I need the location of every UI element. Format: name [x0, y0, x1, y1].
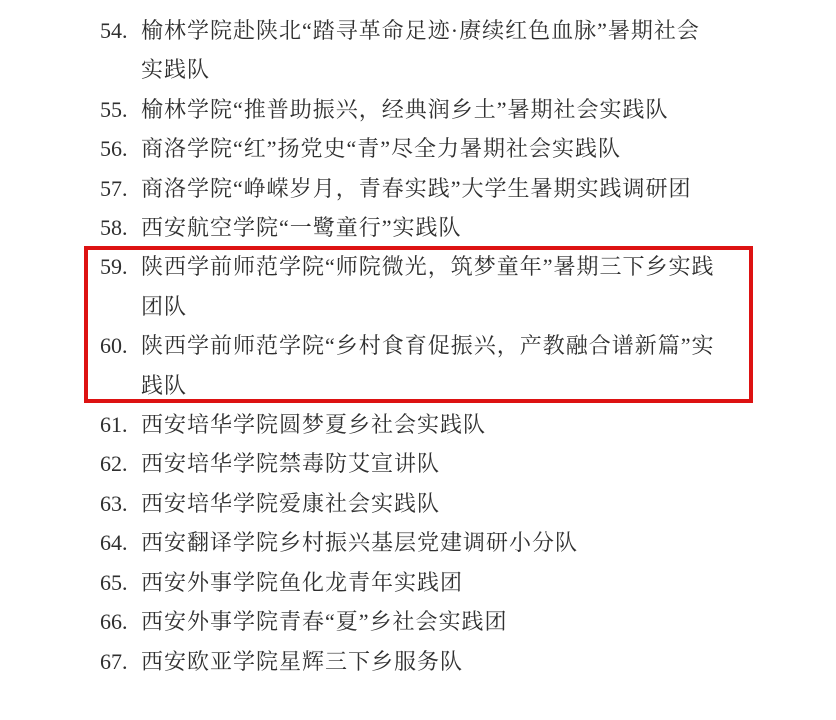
item-number: 64.: [100, 523, 141, 562]
list-item: 59. 陕西学前师范学院“师院微光，筑梦童年”暑期三下乡实践团队: [100, 247, 760, 326]
item-text-line: 团队: [141, 287, 760, 326]
item-text: 西安欧亚学院星辉三下乡服务队: [141, 642, 760, 681]
item-text: 陕西学前师范学院“师院微光，筑梦童年”暑期三下乡实践团队: [141, 247, 760, 326]
list-item: 67. 西安欧亚学院星辉三下乡服务队: [100, 642, 760, 681]
item-text-line: 西安欧亚学院星辉三下乡服务队: [141, 642, 760, 681]
item-number: 58.: [100, 208, 141, 247]
item-text-line: 西安培华学院圆梦夏乡社会实践队: [141, 405, 760, 444]
item-text-line: 榆林学院赴陕北“踏寻革命足迹·赓续红色血脉”暑期社会: [141, 11, 760, 50]
item-text: 西安外事学院鱼化龙青年实践团: [141, 563, 760, 602]
item-number: 54.: [100, 11, 141, 50]
item-number: 57.: [100, 169, 141, 208]
list-item: 62. 西安培华学院禁毒防艾宣讲队: [100, 444, 760, 483]
item-text-line: 商洛学院“红”扬党史“青”尽全力暑期社会实践队: [141, 129, 760, 168]
item-text-line: 西安外事学院鱼化龙青年实践团: [141, 563, 760, 602]
list-item: 58. 西安航空学院“一鹭童行”实践队: [100, 208, 760, 247]
list-item: 60. 陕西学前师范学院“乡村食育促振兴，产教融合谱新篇”实践队: [100, 326, 760, 405]
item-text: 西安培华学院禁毒防艾宣讲队: [141, 444, 760, 483]
item-number: 59.: [100, 247, 141, 286]
item-number: 66.: [100, 602, 141, 641]
team-list: 54. 榆林学院赴陕北“踏寻革命足迹·赓续红色血脉”暑期社会实践队 55. 榆林…: [100, 11, 760, 681]
item-text: 西安外事学院青春“夏”乡社会实践团: [141, 602, 760, 641]
item-text: 榆林学院赴陕北“踏寻革命足迹·赓续红色血脉”暑期社会实践队: [141, 11, 760, 90]
item-number: 61.: [100, 405, 141, 444]
list-item: 55. 榆林学院“推普助振兴，经典润乡土”暑期社会实践队: [100, 90, 760, 129]
item-text-line: 西安翻译学院乡村振兴基层党建调研小分队: [141, 523, 760, 562]
item-number: 60.: [100, 326, 141, 365]
item-text: 商洛学院“红”扬党史“青”尽全力暑期社会实践队: [141, 129, 760, 168]
item-text: 西安培华学院圆梦夏乡社会实践队: [141, 405, 760, 444]
list-item: 57. 商洛学院“峥嵘岁月，青春实践”大学生暑期实践调研团: [100, 169, 760, 208]
item-number: 62.: [100, 444, 141, 483]
item-number: 63.: [100, 484, 141, 523]
item-text: 西安航空学院“一鹭童行”实践队: [141, 208, 760, 247]
item-number: 56.: [100, 129, 141, 168]
list-item: 54. 榆林学院赴陕北“踏寻革命足迹·赓续红色血脉”暑期社会实践队: [100, 11, 760, 90]
item-text-line: 商洛学院“峥嵘岁月，青春实践”大学生暑期实践调研团: [141, 169, 760, 208]
item-text: 西安培华学院爱康社会实践队: [141, 484, 760, 523]
item-text: 商洛学院“峥嵘岁月，青春实践”大学生暑期实践调研团: [141, 169, 760, 208]
list-item: 66. 西安外事学院青春“夏”乡社会实践团: [100, 602, 760, 641]
item-text-line: 陕西学前师范学院“乡村食育促振兴，产教融合谱新篇”实: [141, 326, 760, 365]
item-text-line: 践队: [141, 366, 760, 405]
item-text: 西安翻译学院乡村振兴基层党建调研小分队: [141, 523, 760, 562]
item-number: 67.: [100, 642, 141, 681]
item-number: 65.: [100, 563, 141, 602]
list-item: 63. 西安培华学院爱康社会实践队: [100, 484, 760, 523]
item-text-line: 实践队: [141, 50, 760, 89]
document-page: 54. 榆林学院赴陕北“踏寻革命足迹·赓续红色血脉”暑期社会实践队 55. 榆林…: [0, 0, 836, 720]
list-item: 56. 商洛学院“红”扬党史“青”尽全力暑期社会实践队: [100, 129, 760, 168]
item-text-line: 西安航空学院“一鹭童行”实践队: [141, 208, 760, 247]
item-text: 榆林学院“推普助振兴，经典润乡土”暑期社会实践队: [141, 90, 760, 129]
item-text-line: 陕西学前师范学院“师院微光，筑梦童年”暑期三下乡实践: [141, 247, 760, 286]
item-number: 55.: [100, 90, 141, 129]
item-text-line: 榆林学院“推普助振兴，经典润乡土”暑期社会实践队: [141, 90, 760, 129]
item-text-line: 西安培华学院禁毒防艾宣讲队: [141, 444, 760, 483]
item-text-line: 西安培华学院爱康社会实践队: [141, 484, 760, 523]
item-text: 陕西学前师范学院“乡村食育促振兴，产教融合谱新篇”实践队: [141, 326, 760, 405]
item-text-line: 西安外事学院青春“夏”乡社会实践团: [141, 602, 760, 641]
list-item: 64. 西安翻译学院乡村振兴基层党建调研小分队: [100, 523, 760, 562]
list-item: 65. 西安外事学院鱼化龙青年实践团: [100, 563, 760, 602]
list-item: 61. 西安培华学院圆梦夏乡社会实践队: [100, 405, 760, 444]
